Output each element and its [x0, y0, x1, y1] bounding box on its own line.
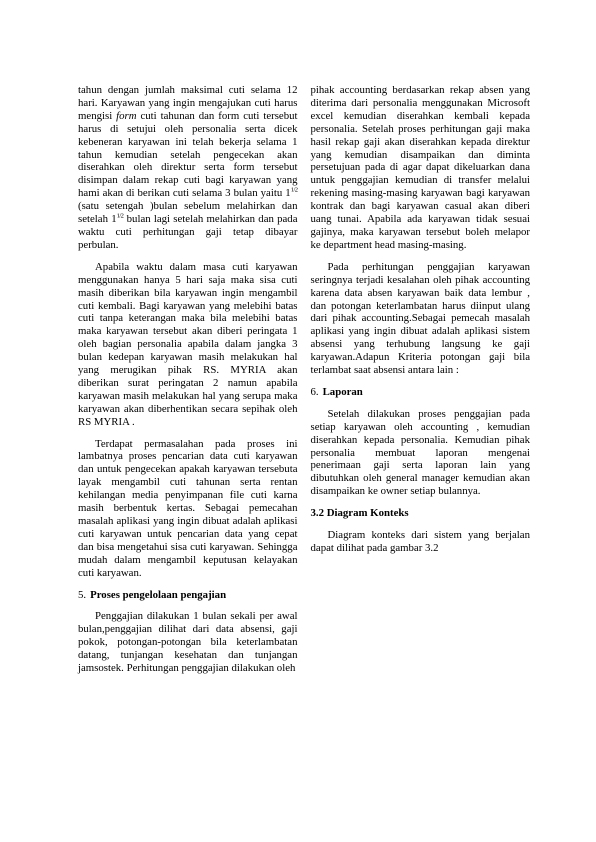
superscript-half-1: 1/2 [291, 187, 298, 194]
left-column: tahun dengan jumlah maksimal cuti selama… [78, 84, 298, 684]
document-page: tahun dengan jumlah maksimal cuti selama… [0, 0, 596, 842]
para-pihak-accounting: pihak accounting berdasarkan rekap absen… [311, 84, 531, 252]
right-column: pihak accounting berdasarkan rekap absen… [311, 84, 531, 684]
para-cuti-tahunan-run-2: cuti tahunan dan form cuti tersebut haru… [78, 110, 298, 199]
para-permasalahan-cuti: Terdapat permasalahan pada proses ini la… [78, 438, 298, 580]
heading-6-number: 6. [311, 386, 319, 398]
heading-5-title: Proses pengelolaan pengajian [90, 589, 226, 601]
para-cuti-tahunan: tahun dengan jumlah maksimal cuti selama… [78, 84, 298, 252]
para-penggajian: Penggajian dilakukan 1 bulan sekali per … [78, 610, 298, 675]
para-diagram-konteks: Diagram konteks dari sistem yang berjala… [311, 529, 531, 555]
para-kesalahan-penggajian: Pada perhitungan penggajian karyawan ser… [311, 261, 531, 377]
heading-5-proses-pengelolaan-pengajian: 5.Proses pengelolaan pengajian [78, 589, 298, 602]
para-laporan: Setelah dilakukan proses penggajian pada… [311, 408, 531, 498]
italic-form-word: form [116, 110, 136, 122]
heading-6-title: Laporan [323, 386, 363, 398]
heading-5-number: 5. [78, 589, 86, 601]
two-column-layout: tahun dengan jumlah maksimal cuti selama… [78, 84, 530, 684]
para-sisa-cuti: Apabila waktu dalam masa cuti karyawan m… [78, 261, 298, 429]
heading-3-2-diagram-konteks: 3.2 Diagram Konteks [311, 507, 531, 520]
heading-6-laporan: 6.Laporan [311, 386, 531, 399]
